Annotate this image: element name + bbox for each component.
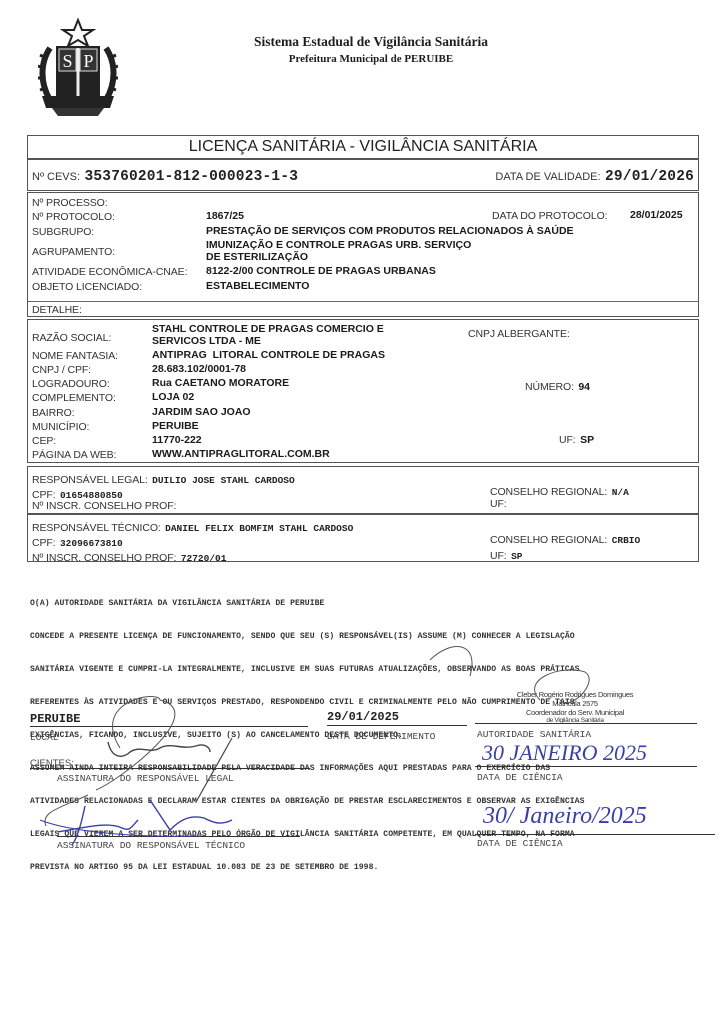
signature-ink (0, 0, 724, 1024)
